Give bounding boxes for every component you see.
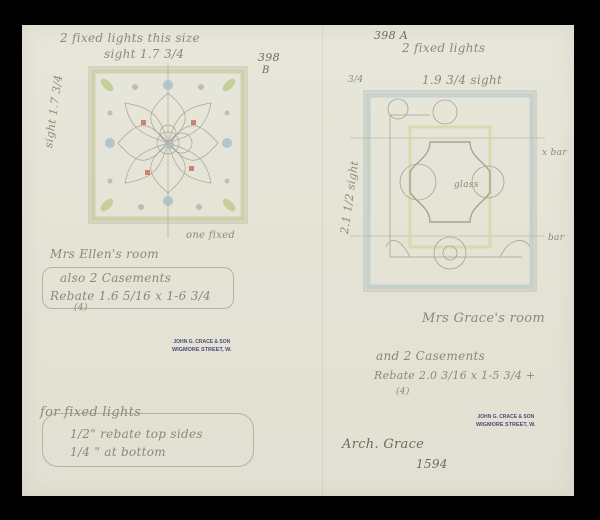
left-rebate-line: Rebate 1.6 5/16 x 1-6 3/4: [50, 289, 211, 303]
floral-window-design: [85, 63, 257, 243]
geometric-window-design: [350, 87, 580, 307]
bottom-note-line1: for fixed lights: [40, 405, 141, 420]
bottom-note-line3: 1/4 " at bottom: [70, 445, 166, 459]
signature-year: 1594: [416, 457, 448, 471]
left-casement-line: also 2 Casements: [60, 271, 171, 285]
bottom-note-line2: 1/2" rebate top sides: [70, 427, 203, 441]
left-ref-suffix: B: [262, 65, 270, 76]
stamp-line1: JOHN G. CRACE & SON: [476, 413, 536, 421]
drawing-sheet: 2 fixed lights this size sight 1.7 3/4 3…: [22, 25, 574, 496]
right-corner-label: 3/4: [348, 75, 363, 85]
right-header-line2: 1.9 3/4 sight: [422, 73, 502, 87]
left-room-note: Mrs Ellen's room: [50, 247, 159, 261]
stamp-line2: WIGMORE STREET, W.: [172, 346, 232, 354]
left-header-line2: sight 1.7 3/4: [104, 47, 184, 61]
maker-stamp-right: JOHN G. CRACE & SON WIGMORE STREET, W.: [476, 413, 536, 429]
stamp-line1: JOHN G. CRACE & SON: [172, 338, 232, 346]
signature-name: Arch. Grace: [342, 437, 424, 452]
left-ref-number: 398: [258, 51, 280, 64]
stamp-line2: WIGMORE STREET, W.: [476, 421, 536, 429]
right-casement-line: and 2 Casements: [376, 349, 485, 363]
left-header-line1: 2 fixed lights this size: [60, 31, 200, 45]
fold-line: [322, 25, 323, 496]
right-count: (4): [396, 387, 410, 397]
maker-stamp-left: JOHN G. CRACE & SON WIGMORE STREET, W.: [172, 338, 232, 354]
right-room-note: Mrs Grace's room: [422, 311, 545, 326]
left-side-label: sight 1.7 3/4: [42, 74, 65, 149]
left-count: (4): [74, 303, 88, 313]
right-rebate-line: Rebate 2.0 3/16 x 1-5 3/4 +: [374, 369, 535, 382]
right-header-line1: 2 fixed lights: [402, 41, 485, 55]
